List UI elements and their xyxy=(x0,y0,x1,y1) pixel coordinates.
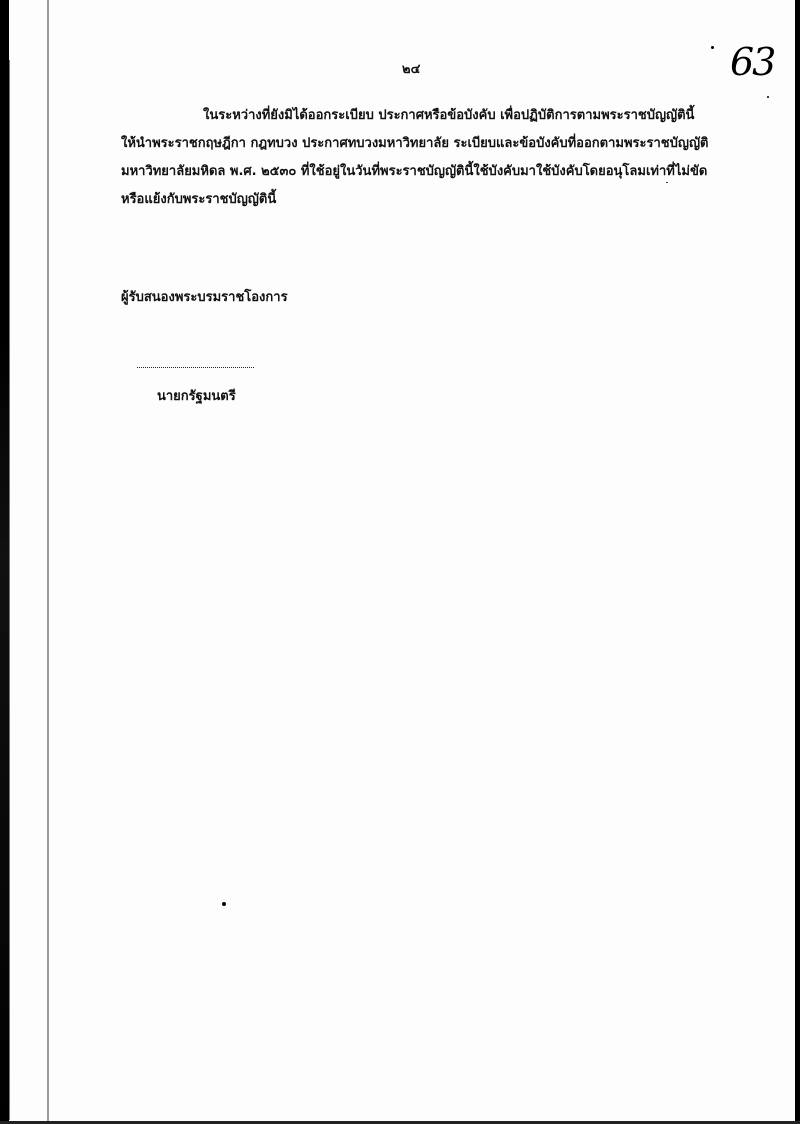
scan-speck xyxy=(767,96,769,98)
scan-edge-left xyxy=(0,0,9,1124)
page-margin-line xyxy=(47,0,49,1124)
scan-edge-right xyxy=(795,0,800,1124)
signatory-title: นายกรัฐมนตรี xyxy=(157,385,236,406)
scan-edge-shadow xyxy=(9,60,10,1120)
transitional-provision-paragraph: ในระหว่างที่ยังมิได้ออกระเบียบ ประกาศหรื… xyxy=(121,102,711,214)
scan-speck xyxy=(222,902,226,906)
paragraph-line: ในระหว่างที่ยังมิได้ออกระเบียบ ประกาศหรื… xyxy=(121,102,711,130)
handwritten-page-annotation: 63 xyxy=(730,40,774,84)
page-number: ๒๔ xyxy=(402,58,420,79)
signature-dotted-line xyxy=(137,367,254,368)
scan-speck xyxy=(711,46,714,49)
paragraph-line: หรือแย้งกับพระราชบัญญัตินี้ xyxy=(121,186,711,214)
paragraph-line: มหาวิทยาลัยมหิดล พ.ศ. ๒๕๓๐ ที่ใช้อยู่ในว… xyxy=(121,158,711,186)
countersign-label: ผู้รับสนองพระบรมราชโองการ xyxy=(121,286,288,307)
paragraph-line: ให้นำพระราชกฤษฎีกา กฎทบวง ประกาศทบวงมหาว… xyxy=(121,130,711,158)
